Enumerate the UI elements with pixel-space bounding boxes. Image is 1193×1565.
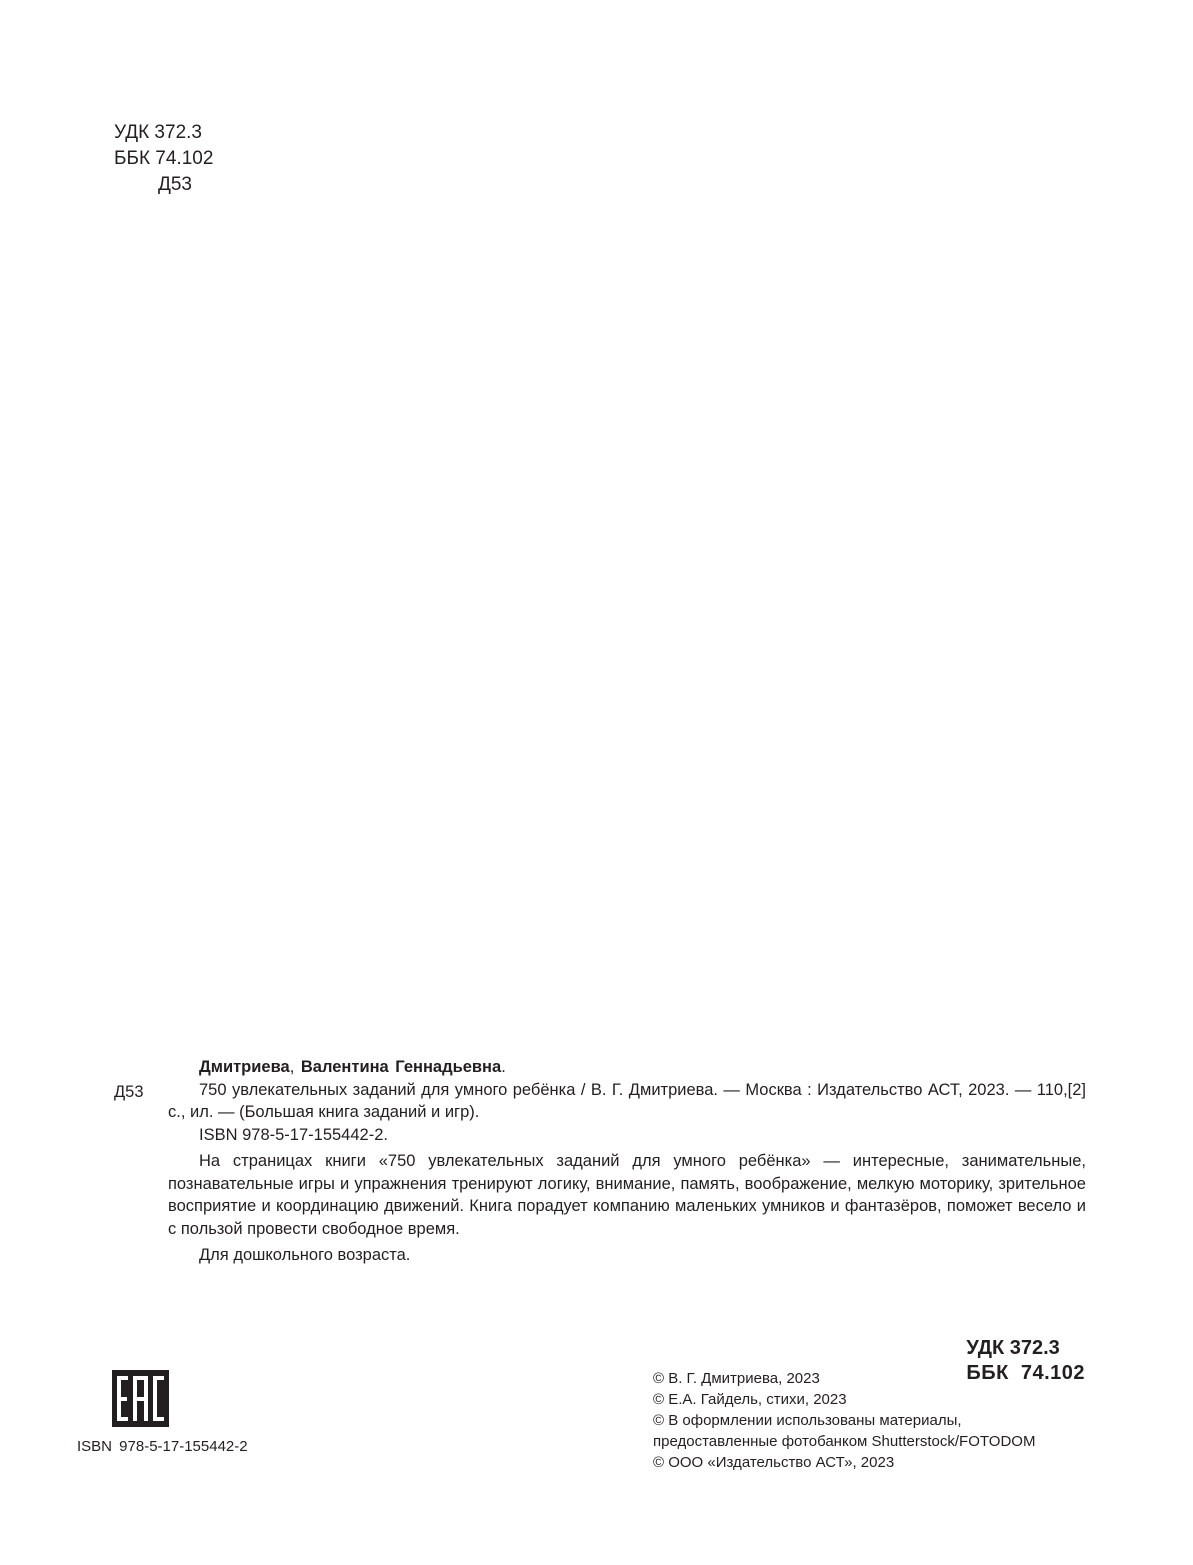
isbn-bottom: ISBN 978-5-17-155442-2: [77, 1438, 248, 1455]
bibliographic-record: Дмитриева, Валентина Геннадьевна. Д53 75…: [114, 1056, 1086, 1267]
author-heading: Дмитриева, Валентина Геннадьевна.: [114, 1056, 1086, 1079]
copyright-line: © В оформлении использованы материалы,: [653, 1410, 1035, 1431]
copyright-line: предоставленные фотобанком Shutterstock/…: [653, 1431, 1035, 1452]
author-mark: Д53: [114, 172, 213, 198]
copyright-line: © В. Г. Дмитриева, 2023: [653, 1368, 1035, 1389]
udk-code: УДК 372.3: [114, 120, 213, 146]
copyright-line: © Е.А. Гайдель, стихи, 2023: [653, 1389, 1035, 1410]
age-rating: Для дошкольного возраста.: [168, 1244, 1086, 1267]
udk-code-bottom: УДК 372.3: [966, 1336, 1085, 1361]
author-surname: Дмитриева: [199, 1058, 290, 1076]
copyright-line: © ООО «Издательство АСТ», 2023: [653, 1452, 1035, 1473]
record-author-mark: Д53: [114, 1081, 144, 1104]
book-description: 750 увлекательных заданий для умного реб…: [168, 1079, 1086, 1124]
author-given-name: Валентина Геннадьевна: [301, 1058, 501, 1076]
top-classification-codes: УДК 372.3 ББК 74.102 Д53: [114, 120, 213, 198]
eac-mark-icon: [112, 1370, 169, 1427]
annotation: На страницах книги «750 увлекательных за…: [168, 1150, 1086, 1240]
copyright-block: © В. Г. Дмитриева, 2023 © Е.А. Гайдель, …: [653, 1368, 1035, 1473]
record-isbn: ISBN 978-5-17-155442-2.: [168, 1124, 1086, 1147]
bbk-code: ББК 74.102: [114, 146, 213, 172]
